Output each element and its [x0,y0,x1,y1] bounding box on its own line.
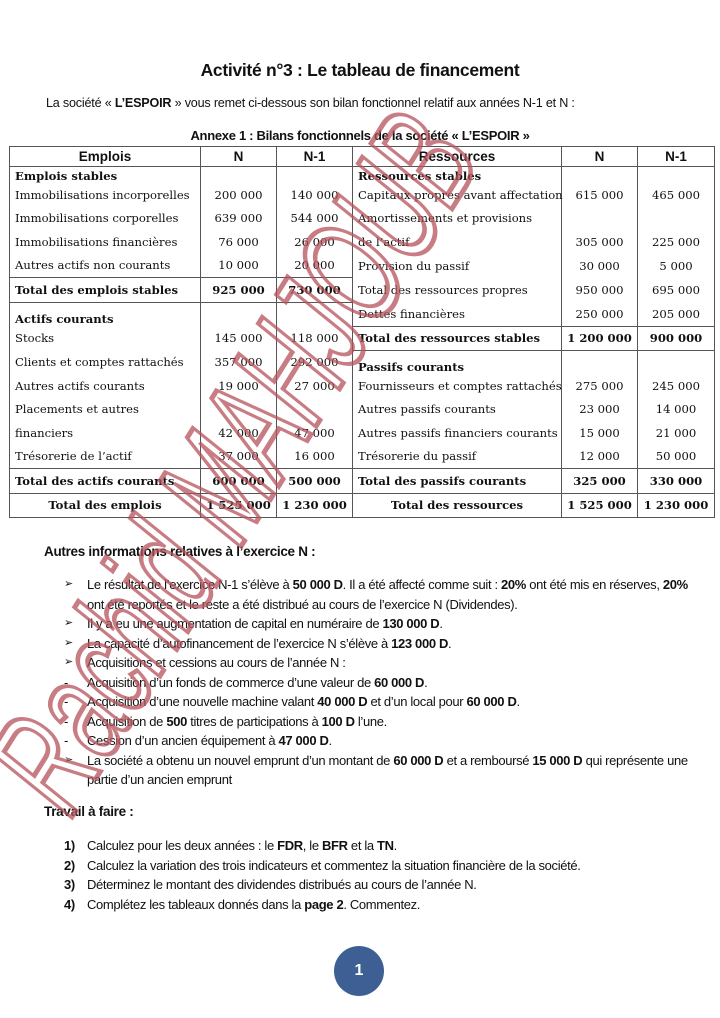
text-fragment: Acquisition d’un fonds de commerce d’une… [87,675,374,690]
text-fragment: Complétez les tableaux donnés dans la [87,897,304,912]
page-number-badge: 1 [334,946,384,996]
ressources-section-label: Ressources stables [353,167,562,184]
text-fragment: La société a obtenu un nouvel emprunt d’… [87,753,393,768]
emplois-value-n: 19 000 [201,374,277,398]
arrow-bullet-icon: ➢ [64,653,82,673]
document-page: Activité n°3 : Le tableau de financement… [0,0,720,1018]
emplois-value-n1: 730 000 [277,278,353,303]
header-ressources-n: N [562,147,638,167]
text-fragment: titres de participations à [187,714,322,729]
task-item: 4)Complétez les tableaux donnés dans la … [64,895,704,915]
task-item: 2)Calculez la variation des trois indica… [64,856,704,876]
table-row: Total des actifs courants600 000500 000T… [10,469,715,494]
ressources-value-n1: 14 000 [638,398,715,422]
emplois-value-n: 37 000 [201,445,277,469]
text-fragment: . [439,616,442,631]
text-fragment: . Il a été affecté comme suit : [343,577,501,592]
ressources-item-label: Total des ressources propres [353,278,562,303]
ressources-value-n1: 21 000 [638,421,715,445]
company-name: L’ESPOIR [115,96,172,110]
emphasis-text: 130 000 D [382,616,439,631]
dash-bullet-icon: - [64,731,82,751]
emplois-section-label: Actifs courants [10,302,201,326]
bilan-body: Emplois stablesRessources stablesImmobil… [10,167,715,518]
tasks-heading: Travail à faire : [44,804,133,819]
ressources-section-label: Passifs courants [353,351,562,375]
infos-list: ➢Le résultat de l’exercice N-1 s’élève à… [64,575,704,790]
emplois-item-label: Immobilisations corporelles [10,207,201,231]
emplois-total-label: Total des emplois stables [10,278,201,303]
emplois-value-n1 [277,302,353,326]
ressources-value-n [562,167,638,184]
ressources-value-n: 950 000 [562,278,638,303]
emplois-item-label: Stocks [10,326,201,351]
emplois-section-label: Emplois stables [10,167,201,184]
dash-bullet-icon: - [64,673,82,693]
text-fragment: La capacité d’autofinancement de l’exerc… [87,636,391,651]
dash-bullet-icon: - [64,692,82,712]
dash-bullet-icon: - [64,712,82,732]
emplois-item-label: Immobilisations financières [10,230,201,254]
info-item: ➢Le résultat de l’exercice N-1 s’élève à… [64,575,704,614]
ressources-item-label: Provision du passif [353,254,562,278]
emphasis-text: 100 D [322,714,355,729]
emplois-value-n1: 16 000 [277,445,353,469]
emphasis-text: BFR [322,838,348,853]
emplois-value-n [201,167,277,184]
emphasis-text: TN [377,838,394,853]
emplois-value-n: 925 000 [201,278,277,303]
table-row: financiers42 00047 000Autres passifs fin… [10,421,715,445]
text-fragment: Acquisitions et cessions au cours de l’a… [87,655,346,670]
emphasis-text: 47 000 D [279,733,329,748]
table-row: Immobilisations incorporelles200 000140 … [10,183,715,207]
text-fragment: Le résultat de l’exercice N-1 s’élève à [87,577,293,592]
ressources-total-label: Total des ressources stables [353,326,562,351]
emplois-value-n: 76 000 [201,230,277,254]
emplois-value-n1: 292 000 [277,351,353,375]
emplois-item-label: Trésorerie de l’actif [10,445,201,469]
intro-text: La société « L’ESPOIR » vous remet ci-de… [46,96,575,110]
emplois-value-n: 200 000 [201,183,277,207]
ressources-item-label: de l’actif [353,230,562,254]
emplois-item-label: financiers [10,421,201,445]
ressources-item-label: Dettes financières [353,302,562,326]
page-number: 1 [355,962,364,980]
header-emplois-n: N [201,147,277,167]
emplois-value-n1: 27 000 [277,374,353,398]
ressources-value-n: 250 000 [562,302,638,326]
ressources-value-n: 275 000 [562,374,638,398]
emplois-item-label: Clients et comptes rattachés [10,351,201,375]
emphasis-text: 500 [166,714,187,729]
ressources-value-n: 305 000 [562,230,638,254]
text-fragment: Calculez pour les deux années : le [87,838,277,853]
text-fragment: et la [348,838,377,853]
ressources-value-n: 325 000 [562,469,638,494]
ressources-value-n [562,351,638,375]
emplois-item-label: Autres actifs non courants [10,254,201,278]
table-row: Immobilisations financières76 00026 000d… [10,230,715,254]
ressources-value-n: 30 000 [562,254,638,278]
ressources-value-n [562,207,638,231]
ressources-value-n1: 900 000 [638,326,715,351]
ressources-value-n1: 50 000 [638,445,715,469]
table-row: Immobilisations corporelles639 000544 00… [10,207,715,231]
ressources-value-n: 1 525 000 [562,493,638,518]
text-fragment: Acquisition d’une nouvelle machine valan… [87,694,317,709]
text-fragment: et d’un local pour [367,694,466,709]
arrow-bullet-icon: ➢ [64,575,82,595]
info-item: ➢Acquisitions et cessions au cours de l’… [64,653,704,673]
emplois-value-n: 145 000 [201,326,277,351]
header-emplois-n1: N-1 [277,147,353,167]
page-title: Activité n°3 : Le tableau de financement [0,60,720,81]
ressources-value-n: 1 200 000 [562,326,638,351]
ressources-value-n: 23 000 [562,398,638,422]
emphasis-text: 20% [663,577,688,592]
ressources-value-n1: 245 000 [638,374,715,398]
emplois-value-n1 [277,398,353,422]
task-item: 1)Calculez pour les deux années : le FDR… [64,836,704,856]
ressources-value-n1: 1 230 000 [638,493,715,518]
arrow-bullet-icon: ➢ [64,634,82,654]
emplois-value-n1: 140 000 [277,183,353,207]
emplois-value-n: 10 000 [201,254,277,278]
ressources-value-n: 12 000 [562,445,638,469]
table-row: Stocks145 000118 000Total des ressources… [10,326,715,351]
emplois-item-label: Autres actifs courants [10,374,201,398]
text-fragment: l’une. [355,714,387,729]
table-header-row: Emplois N N-1 Ressources N N-1 [10,147,715,167]
task-number: 3) [64,875,75,895]
emplois-value-n: 357 000 [201,351,277,375]
table-row: Placements et autresAutres passifs coura… [10,398,715,422]
intro-after: » vous remet ci-dessous son bilan foncti… [171,96,574,110]
emphasis-text: 60 000 D [374,675,424,690]
ressources-item-label: Fournisseurs et comptes rattachés [353,374,562,398]
text-fragment: , le [303,838,322,853]
tasks-list: 1)Calculez pour les deux années : le FDR… [64,836,704,914]
header-ressources-n1: N-1 [638,147,715,167]
emplois-value-n1: 1 230 000 [277,493,353,518]
text-fragment: Cession d’un ancien équipement à [87,733,279,748]
text-fragment: . [329,733,332,748]
emphasis-text: 15 000 D [532,753,582,768]
emplois-value-n1: 544 000 [277,207,353,231]
ressources-value-n1: 330 000 [638,469,715,494]
ressources-item-label: Autres passifs financiers courants [353,421,562,445]
text-fragment: et a remboursé [443,753,532,768]
emplois-value-n: 42 000 [201,421,277,445]
emplois-total-label: Total des actifs courants [10,469,201,494]
table-row: Emplois stablesRessources stables [10,167,715,184]
emplois-value-n1: 47 000 [277,421,353,445]
text-fragment: . [394,838,397,853]
table-row: Autres actifs non courants10 00020 000Pr… [10,254,715,278]
task-item: 3)Déterminez le montant des dividendes d… [64,875,704,895]
bilan-table: Emplois N N-1 Ressources N N-1 Emplois s… [9,146,715,518]
info-item: -Acquisition d’une nouvelle machine vala… [64,692,704,712]
ressources-value-n1 [638,351,715,375]
table-row: Autres actifs courants19 00027 000Fourni… [10,374,715,398]
emphasis-text: FDR [277,838,303,853]
emplois-value-n [201,398,277,422]
text-fragment: Il y a eu une augmentation de capital en… [87,616,382,631]
text-fragment: Déterminez le montant des dividendes dis… [87,877,477,892]
emplois-value-n: 639 000 [201,207,277,231]
emplois-value-n [201,302,277,326]
emplois-value-n1: 26 000 [277,230,353,254]
ressources-value-n1 [638,167,715,184]
ressources-value-n: 615 000 [562,183,638,207]
info-item: -Acquisition d’un fonds de commerce d’un… [64,673,704,693]
emphasis-text: 60 000 D [393,753,443,768]
table-row: Actifs courantsDettes financières250 000… [10,302,715,326]
annex-title: Annexe 1 : Bilans fonctionnels de la soc… [0,128,720,143]
emphasis-text: 40 000 D [317,694,367,709]
task-number: 4) [64,895,75,915]
header-emplois: Emplois [10,147,201,167]
ressources-value-n1: 5 000 [638,254,715,278]
emphasis-text: page 2 [304,897,343,912]
task-number: 1) [64,836,75,856]
ressources-value-n1 [638,207,715,231]
table-row: Total des emplois stables925 000730 000T… [10,278,715,303]
ressources-total-label: Total des ressources [353,493,562,518]
ressources-value-n: 15 000 [562,421,638,445]
text-fragment: Calculez la variation des trois indicate… [87,858,581,873]
ressources-total-label: Total des passifs courants [353,469,562,494]
text-fragment: . [516,694,519,709]
task-number: 2) [64,856,75,876]
emplois-value-n1: 500 000 [277,469,353,494]
emplois-item-label: Placements et autres [10,398,201,422]
ressources-item-label: Amortissements et provisions [353,207,562,231]
info-item: -Cession d’un ancien équipement à 47 000… [64,731,704,751]
emplois-value-n1: 118 000 [277,326,353,351]
intro-before: La société « [46,96,115,110]
emphasis-text: 50 000 D [293,577,343,592]
ressources-value-n1: 465 000 [638,183,715,207]
ressources-item-label: Autres passifs courants [353,398,562,422]
ressources-item-label: Trésorerie du passif [353,445,562,469]
ressources-item-label: Capitaux propres avant affectation [353,183,562,207]
info-item: ➢La capacité d’autofinancement de l’exer… [64,634,704,654]
text-fragment: . Commentez. [343,897,420,912]
text-fragment: . [424,675,427,690]
table-row: Clients et comptes rattachés357 000292 0… [10,351,715,375]
emplois-value-n1: 20 000 [277,254,353,278]
ressources-value-n1: 225 000 [638,230,715,254]
info-item: ➢La société a obtenu un nouvel emprunt d… [64,751,704,790]
emplois-value-n: 1 525 000 [201,493,277,518]
table-row: Total des emplois1 525 0001 230 000Total… [10,493,715,518]
text-fragment: ont été mis en réserves, [526,577,663,592]
emphasis-text: 20% [501,577,526,592]
emplois-total-label: Total des emplois [10,493,201,518]
ressources-value-n1: 695 000 [638,278,715,303]
text-fragment: Acquisition de [87,714,166,729]
ressources-value-n1: 205 000 [638,302,715,326]
table-row: Trésorerie de l’actif37 00016 000Trésore… [10,445,715,469]
emphasis-text: 123 000 D [391,636,448,651]
emphasis-text: 60 000 D [467,694,517,709]
info-item: -Acquisition de 500 titres de participat… [64,712,704,732]
emplois-value-n: 600 000 [201,469,277,494]
info-item: ➢Il y a eu une augmentation de capital e… [64,614,704,634]
arrow-bullet-icon: ➢ [64,751,82,771]
emplois-value-n1 [277,167,353,184]
text-fragment: ont été reportés et le reste a été distr… [87,597,518,612]
header-ressources: Ressources [353,147,562,167]
text-fragment: . [448,636,451,651]
emplois-item-label: Immobilisations incorporelles [10,183,201,207]
infos-heading: Autres informations relatives à l’exerci… [44,544,315,559]
arrow-bullet-icon: ➢ [64,614,82,634]
